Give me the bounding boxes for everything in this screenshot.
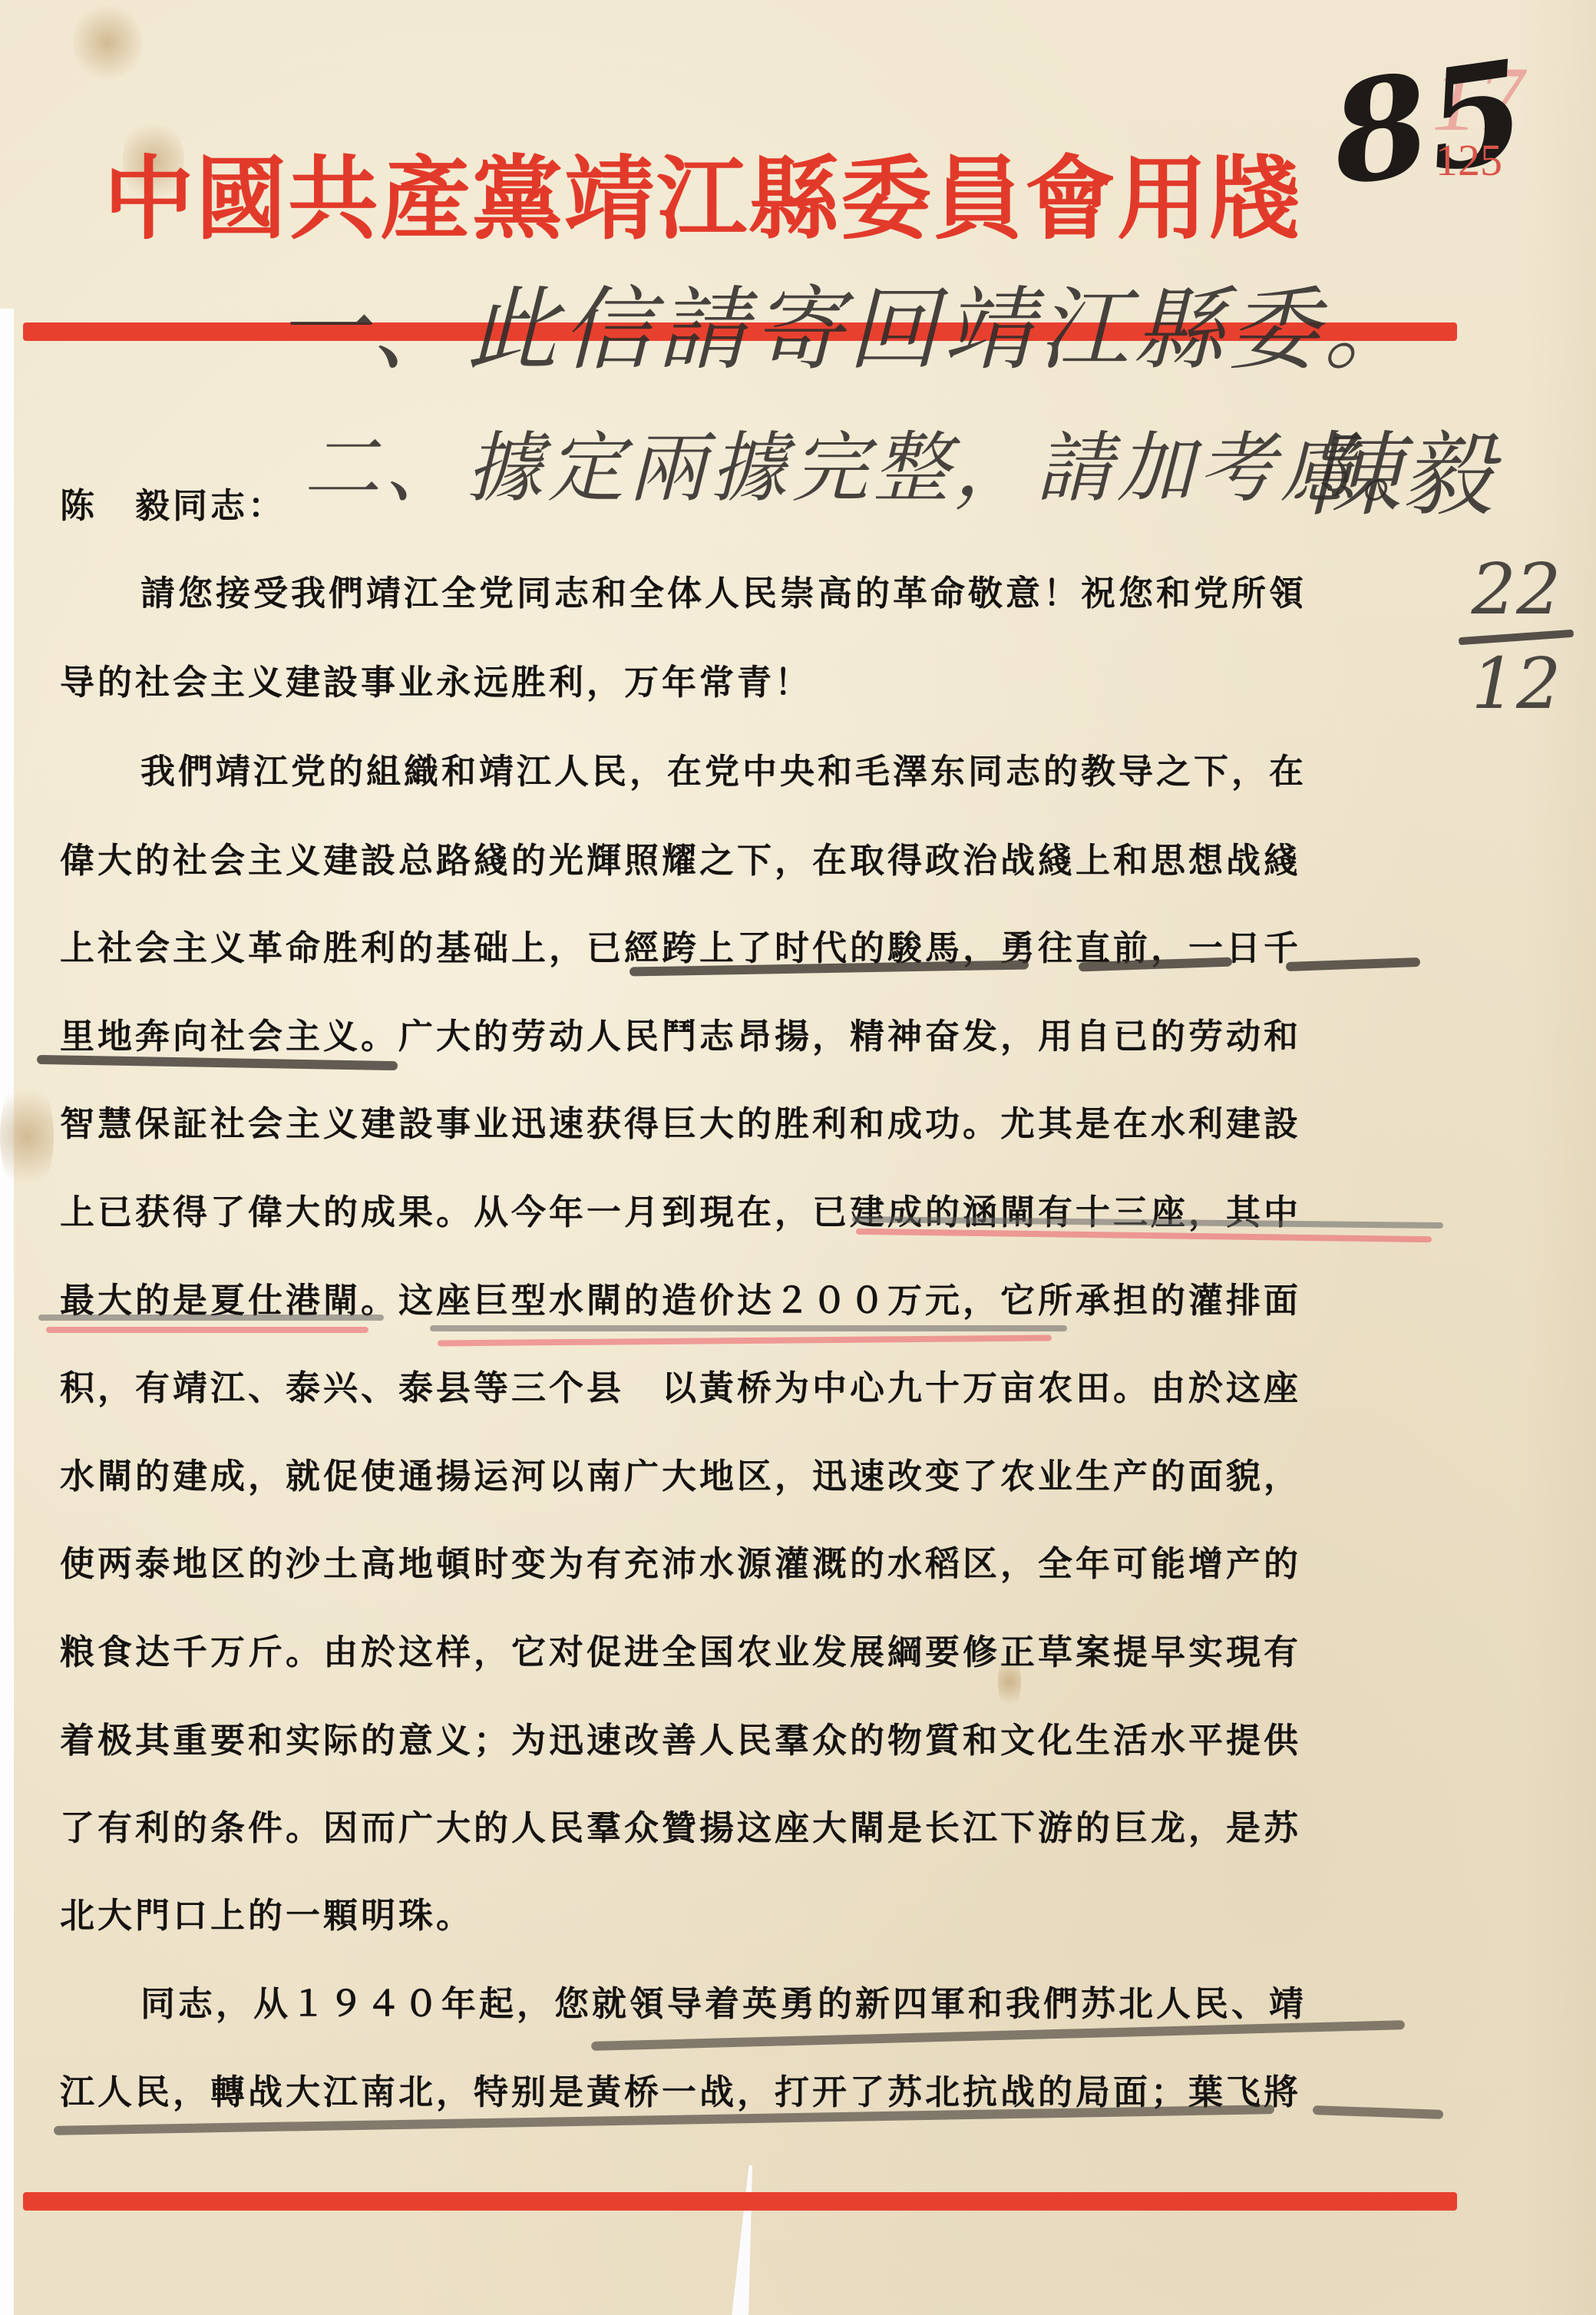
body-line: 江人民，轉战大江南北，特别是黃桥一战，打开了苏北抗战的局面；葉飞將 [60,2064,1301,2114]
page-number-stamp: 125 [1436,134,1502,186]
handwritten-date: 22 12 [1459,553,1574,721]
letterhead-title: 中國共產黨靖江縣委員會用牋 [104,154,1393,244]
body-line: 智慧保証社会主义建設事业迅速获得巨大的胜利和成功。尤其是在水利建設 [60,1096,1301,1146]
body-line: 請您接受我們靖江全党同志和全体人民崇高的革命敬意！祝您和党所領 [140,565,1307,615]
paper-edge-shadow [1523,0,1596,2315]
handwritten-annotation-line1: 一、此信請寄回靖江縣委。 [276,284,1419,375]
pencil-underline [430,1325,1067,1331]
body-line: 水閘的建成，就促使通揚运河以南广大地区，迅速改变了农业生产的面貌， [60,1448,1301,1498]
body-line: 偉大的社会主义建設总路綫的光輝照耀之下，在取得政治战綫上和思想战綫 [60,832,1301,882]
date-day: 22 [1471,548,1561,630]
pencil-underline [38,1315,384,1321]
stain [73,0,142,84]
date-month: 12 [1471,643,1561,725]
body-line: 我們靖江党的組織和靖江人民，在党中央和毛澤东同志的教导之下，在 [140,743,1307,793]
red-pencil-underline [46,1327,368,1333]
letterhead-rule-bottom [23,2192,1457,2211]
body-line: 同志，从１９４０年起，您就領导着英勇的新四軍和我們苏北人民、靖 [140,1976,1307,2026]
body-line: 导的社会主义建設事业永远胜利，万年常青！ [60,654,812,704]
scan-margin [0,309,14,2315]
body-line: 使两泰地区的沙土高地頓时变为有充沛水源灌溉的水稻区，全年可能增产的 [60,1536,1301,1586]
body-line: 北大門口上的一顆明珠。 [60,1887,474,1937]
body-line: 积，有靖江、泰兴、泰县等三个县 以黃桥为中心九十万亩农田。由於这座 [60,1360,1301,1410]
body-line: 里地奔向社会主义。广大的劳动人民鬥志昂揚，精神奋发，用自已的劳动和 [60,1008,1301,1058]
body-line: 着极其重要和实际的意义；为迅速改善人民羣众的物質和文化生活水平提供 [60,1712,1301,1762]
body-line: 上已获得了偉大的成果。从今年一月到現在，已建成的涵閘有十三座，其中 [60,1184,1301,1234]
salutation: 陈 毅同志： [60,478,1419,527]
stain [0,1075,54,1198]
body-line: 了有利的条件。因而广大的人民羣众贊揚这座大閘是长江下游的巨龙，是苏 [60,1800,1301,1850]
body-line: 粮食达千万斤。由於这样，它对促进全国农业发展綱要修正草案提早实現有 [60,1624,1301,1674]
